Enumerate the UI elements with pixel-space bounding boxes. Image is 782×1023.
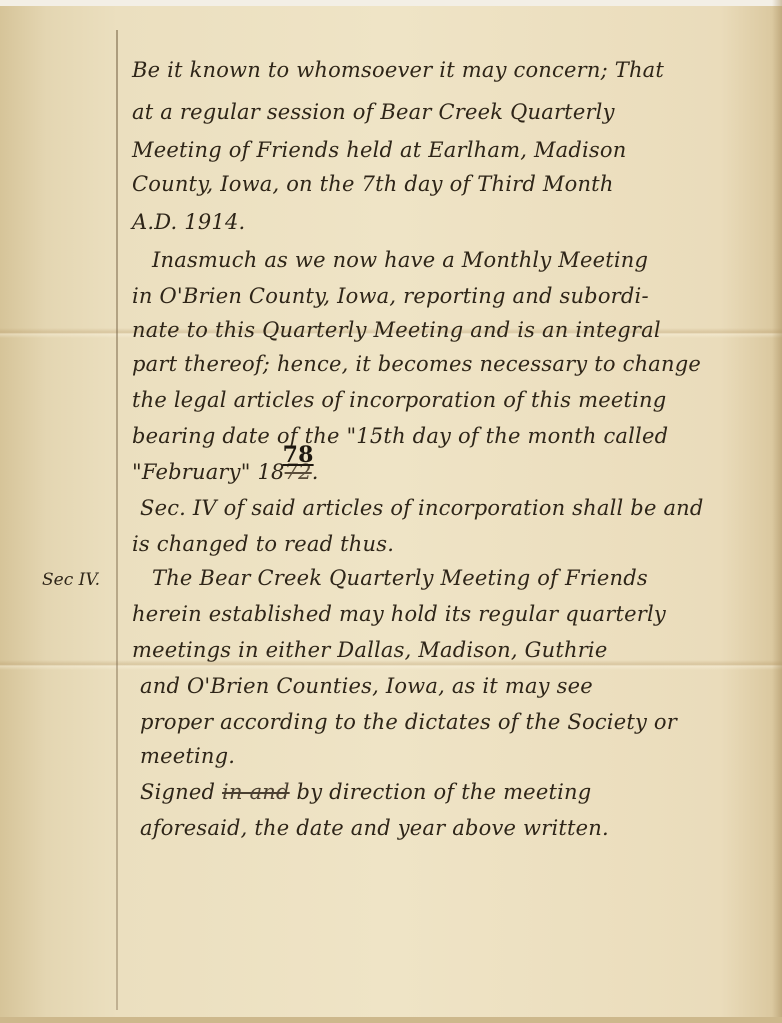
text-line: Inasmuch as we now have a Monthly Meetin… (152, 248, 648, 272)
margin-note-section: Sec IV. (42, 570, 100, 590)
margin-rule (116, 30, 118, 1010)
signed-word: Signed (140, 780, 215, 804)
text-line: A.D. 1914. (132, 210, 245, 234)
february-date-line: "February" 187872. (132, 460, 319, 484)
struck-text: in and (222, 780, 290, 804)
document-page: Be it known to whomsoever it may concern… (0, 0, 782, 1023)
text-line: The Bear Creek Quarterly Meeting of Frie… (152, 566, 648, 590)
text-line: in O'Brien County, Iowa, reporting and s… (132, 284, 649, 308)
text-line: aforesaid, the date and year above writt… (140, 816, 609, 840)
text-line: Be it known to whomsoever it may concern… (132, 58, 664, 82)
text-line: Sec. IV of said articles of incorporatio… (140, 496, 704, 520)
text-line: the legal articles of incorporation of t… (132, 388, 666, 412)
text-line: meeting. (140, 744, 235, 768)
text-line: meetings in either Dallas, Madison, Guth… (132, 638, 607, 662)
page-right-edge (772, 0, 782, 1023)
text-line: is changed to read thus. (132, 532, 394, 556)
text-line: Meeting of Friends held at Earlham, Madi… (132, 138, 626, 162)
signed-rest: by direction of the meeting (297, 780, 592, 804)
text-line: bearing date of the "15th day of the mon… (132, 424, 668, 448)
year-correction: 7872 (285, 460, 312, 484)
text-line: part thereof; hence, it becomes necessar… (132, 352, 701, 376)
text-line: herein established may hold its regular … (132, 602, 666, 626)
text-line: at a regular session of Bear Creek Quart… (132, 100, 615, 124)
page-top-edge (0, 0, 782, 6)
text-line: and O'Brien Counties, Iowa, as it may se… (140, 674, 593, 698)
page-bottom-edge (0, 1017, 782, 1023)
text-line: County, Iowa, on the 7th day of Third Mo… (132, 172, 614, 196)
february-prefix: "February" 18 (132, 460, 285, 484)
signed-line: Signed in and by direction of the meetin… (140, 780, 591, 804)
corrected-digits: 78 (283, 442, 314, 468)
text-line: proper according to the dictates of the … (140, 710, 677, 734)
text-line: nate to this Quarterly Meeting and is an… (132, 318, 661, 342)
